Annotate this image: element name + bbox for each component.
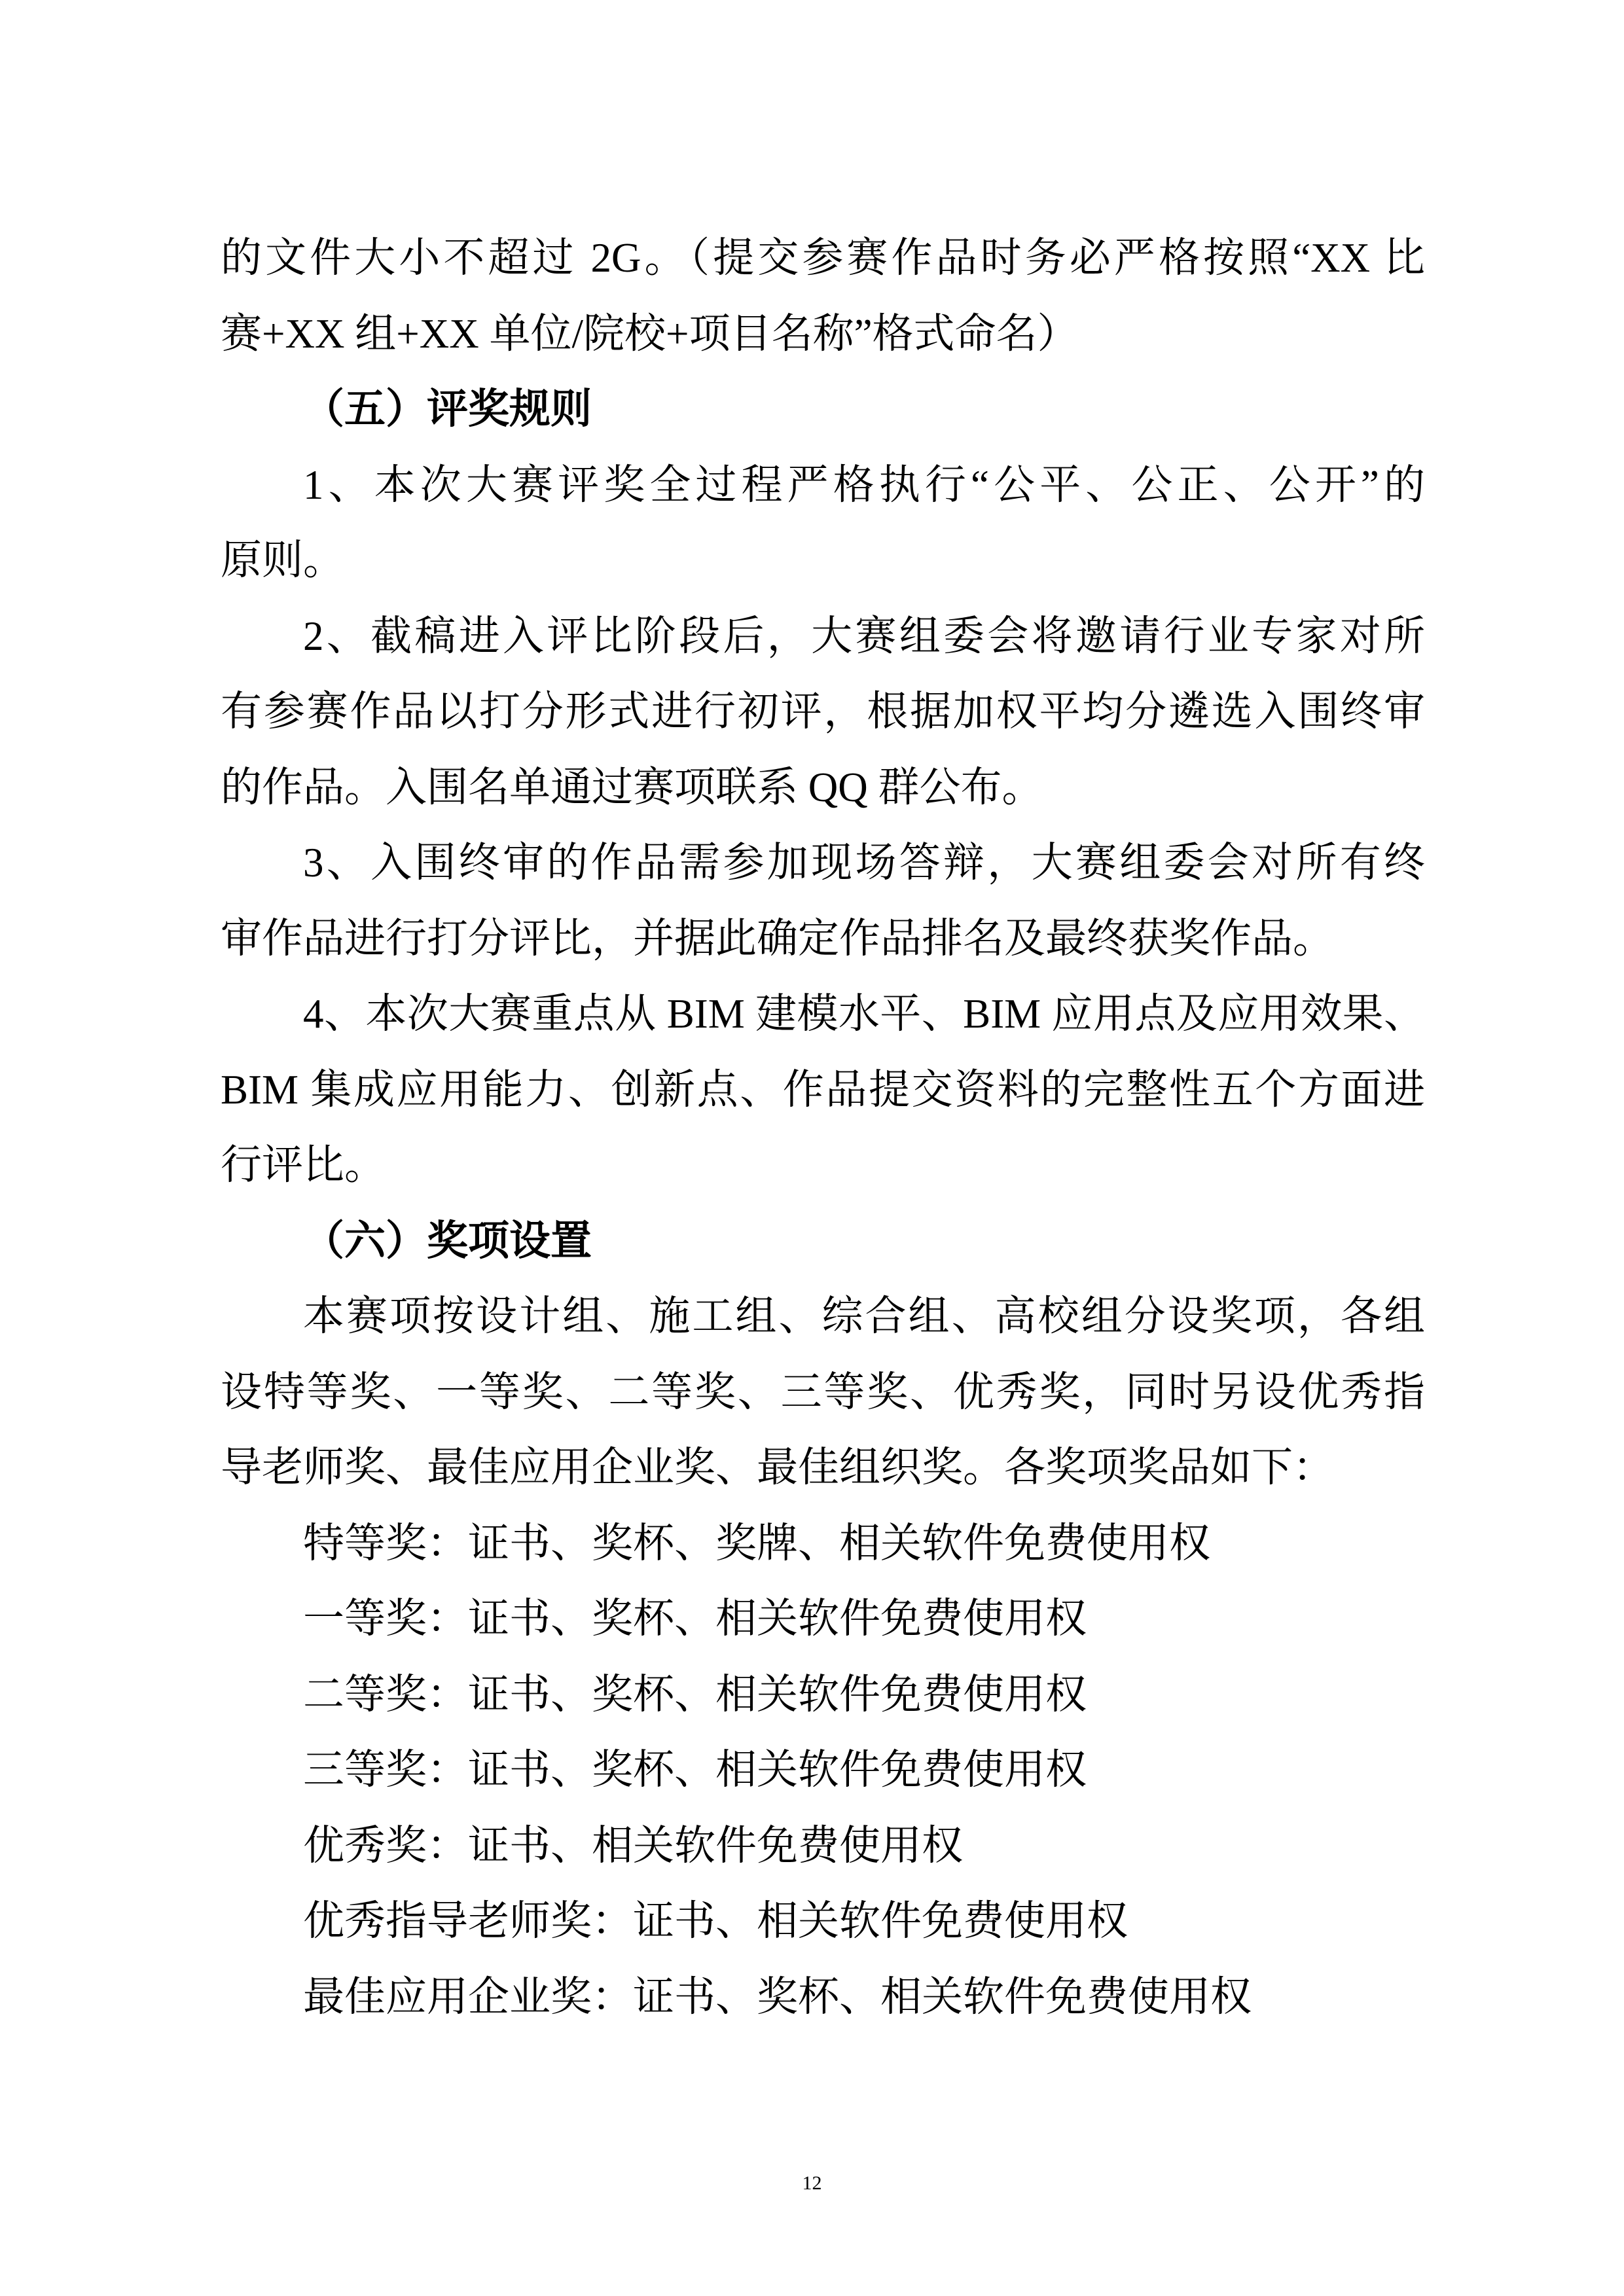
award-line-enterprise: 最佳应用企业奖：证书、奖杯、相关软件免费使用权 [221,1960,1425,2036]
body-line: 审作品进行打分评比，并据此确定作品排名及最终获奖作品。 [221,901,1425,977]
award-line-third: 三等奖：证书、奖杯、相关软件免费使用权 [221,1732,1425,1808]
body-line: 赛+XX 组+XX 单位/院校+项目名称”格式命名） [221,296,1425,372]
body-line: BIM 集成应用能力、创新点、作品提交资料的完整性五个方面进 [221,1052,1425,1128]
body-line: 3、入围终审的作品需参加现场答辩，大赛组委会对所有终 [221,825,1425,901]
body-line: 2、截稿进入评比阶段后，大赛组委会将邀请行业专家对所 [221,599,1425,675]
section-heading-6: （六）奖项设置 [221,1204,1425,1280]
award-line-first: 一等奖：证书、奖杯、相关软件免费使用权 [221,1581,1425,1657]
body-line: 有参赛作品以打分形式进行初评，根据加权平均分遴选入围终审 [221,674,1425,750]
document-page: 的文件大小不超过 2G。（提交参赛作品时务必严格按照“XX 比 赛+XX 组+X… [0,0,1624,2296]
body-line: 导老师奖、最佳应用企业奖、最佳组织奖。各奖项奖品如下： [221,1430,1425,1506]
page-body: 的文件大小不超过 2G。（提交参赛作品时务必严格按照“XX 比 赛+XX 组+X… [221,221,1425,2035]
body-line: 本赛项按设计组、施工组、综合组、高校组分设奖项，各组 [221,1279,1425,1355]
body-line: 行评比。 [221,1128,1425,1204]
body-line: 原则。 [221,523,1425,599]
body-line: 4、本次大赛重点从 BIM 建模水平、BIM 应用点及应用效果、 [221,977,1425,1052]
body-line: 的作品。入围名单通过赛项联系 QQ 群公布。 [221,750,1425,826]
section-heading-5: （五）评奖规则 [221,372,1425,448]
award-line-excellent: 优秀奖：证书、相关软件免费使用权 [221,1808,1425,1884]
body-line: 1、本次大赛评奖全过程严格执行“公平、公正、公开”的 [221,448,1425,524]
award-line-second: 二等奖：证书、奖杯、相关软件免费使用权 [221,1657,1425,1733]
award-line-special: 特等奖：证书、奖杯、奖牌、相关软件免费使用权 [221,1506,1425,1582]
body-line: 设特等奖、一等奖、二等奖、三等奖、优秀奖，同时另设优秀指 [221,1355,1425,1431]
page-number: 12 [0,2172,1624,2195]
body-line: 的文件大小不超过 2G。（提交参赛作品时务必严格按照“XX 比 [221,221,1425,296]
award-line-teacher: 优秀指导老师奖：证书、相关软件免费使用权 [221,1884,1425,1960]
